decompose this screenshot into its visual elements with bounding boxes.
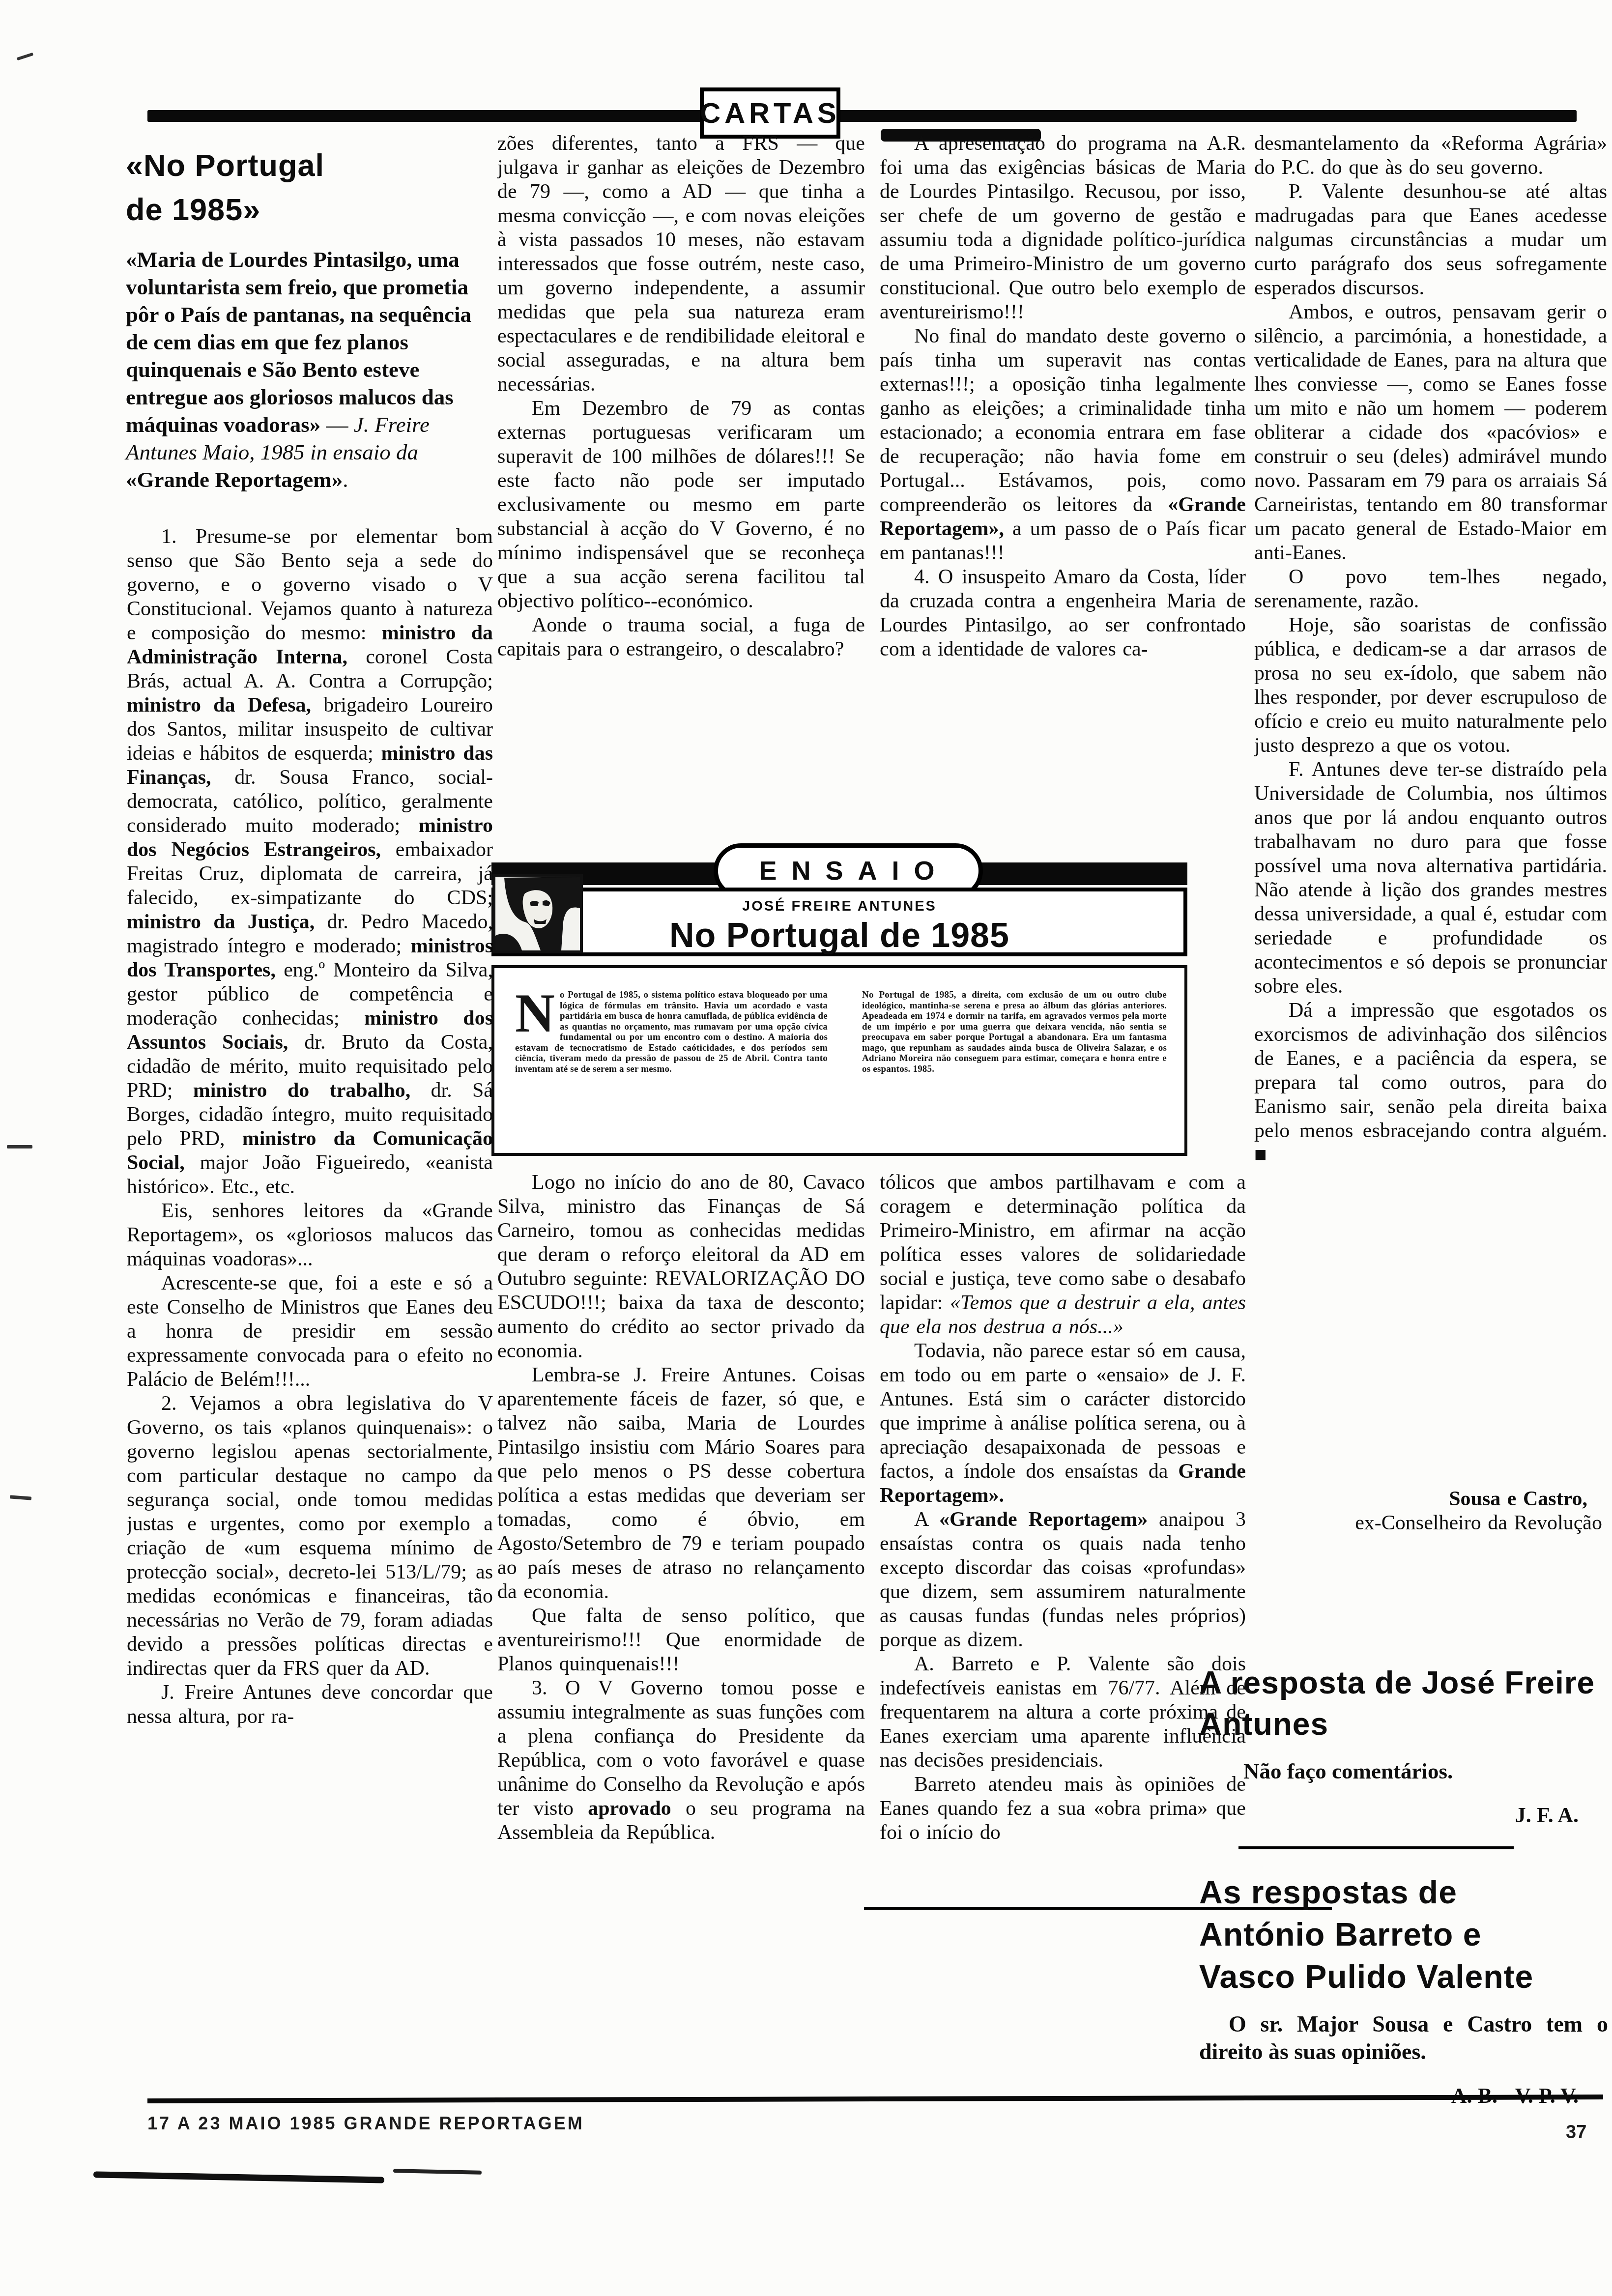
- paragraph: Barreto atendeu mais às opiniões de Eane…: [880, 1773, 1246, 1845]
- paragraph: Logo no início do ano de 80, Cavaco Silv…: [497, 1171, 865, 1363]
- section-banner-cartas: CARTAS: [700, 87, 840, 139]
- header-rule: [147, 110, 1577, 122]
- paragraph: Em Dezembro de 79 as contas externas por…: [497, 397, 865, 613]
- paragraph: Todavia, não parece estar só em causa, e…: [880, 1339, 1246, 1508]
- scan-smear: [393, 2169, 482, 2175]
- ensaio-ribbon-label: ENSAIO: [747, 856, 949, 886]
- ensaio-excerpt-box: No Portugal de 1985, o sistema político …: [491, 965, 1187, 1156]
- paragraph: No final do mandato deste governo o país…: [880, 324, 1246, 565]
- ensaio-excerpt-right: No Portugal de 1985, a direita, com excl…: [862, 990, 1167, 1074]
- paragraph: O povo tem-lhes negado, serenamente, raz…: [1254, 565, 1607, 613]
- paragraph: 1. Presume-se por elementar bom senso qu…: [127, 525, 493, 1199]
- paragraph: 2. Vejamos a obra legislativa do V Gover…: [127, 1392, 493, 1681]
- pen-mark: [17, 53, 33, 60]
- paragraph: Eis, senhores leitores da «Grande Report…: [127, 1199, 493, 1271]
- letter-column-2-bottom: Logo no início do ano de 80, Cavaco Silv…: [497, 1171, 865, 2095]
- paragraph: Hoje, são soaristas de confissão pública…: [1254, 613, 1607, 758]
- letter-column-3-top: A apresentação do programa na A.R. foi u…: [880, 132, 1246, 849]
- footer-page-number: 37: [1566, 2122, 1586, 2143]
- letter-column-2-top: zões diferentes, tanto a FRS — que julga…: [497, 132, 865, 859]
- reply1-body: Não faço comentários.: [1199, 1757, 1608, 1785]
- signature-name: Sousa e Castro,: [1254, 1487, 1607, 1511]
- excerpt-dropcap: N: [515, 992, 555, 1035]
- ensaio-byline: JOSÉ FREIRE ANTUNES: [495, 898, 1183, 915]
- paragraph: Acrescente-se que, foi a este e só a est…: [127, 1271, 493, 1392]
- letter-column-4: desmantelamento da «Reforma Agrária» do …: [1254, 132, 1607, 1636]
- letter-column-3-bottom: tólicos que ambos partilhavam e com a co…: [880, 1171, 1246, 1904]
- excerpt-right-text: No Portugal de 1985, a direita, com excl…: [862, 990, 1167, 1074]
- paragraph: P. Valente desunhou-se até altas madruga…: [1254, 180, 1607, 300]
- author-portrait-photo: [492, 874, 583, 953]
- section-banner-label: CARTAS: [700, 97, 840, 130]
- reply1-signature: J. F. A.: [1199, 1803, 1579, 1828]
- pen-mark: [7, 1145, 32, 1148]
- paragraph: F. Antunes deve ter-se distraído pela Un…: [1254, 758, 1607, 999]
- letter-signature: Sousa e Castro, ex-Conselheiro da Revolu…: [1254, 1487, 1607, 1595]
- paragraph: A apresentação do programa na A.R. foi u…: [880, 132, 1246, 324]
- paragraph: Lembra-se J. Freire Antunes. Coisas apar…: [497, 1363, 865, 1604]
- paragraph: J. Freire Antunes deve concordar que nes…: [127, 1681, 493, 1729]
- paragraph: A «Grande Reportagem» anaipou 3 ensaísta…: [880, 1508, 1246, 1652]
- paragraph: Que falta de senso político, que aventur…: [497, 1604, 865, 1676]
- reply2-title: As respostas de António Barreto e Vasco …: [1199, 1871, 1543, 1998]
- letter-intro: «Maria de Lourdes Pintasilgo, uma volunt…: [126, 246, 493, 493]
- letter-headline: «No Portugal de 1985»: [126, 143, 480, 232]
- replies-section: A resposta de José Freire Antunes Não fa…: [1199, 1662, 1608, 2108]
- reply2-body: O sr. Major Sousa e Castro tem o direito…: [1199, 2010, 1608, 2066]
- paragraph: zões diferentes, tanto a FRS — que julga…: [497, 132, 865, 397]
- scanned-newspaper-page: CARTAS «No Portugal de 1985» «Maria de L…: [0, 0, 1612, 2296]
- signature-role: ex-Conselheiro da Revolução: [1254, 1511, 1607, 1535]
- paragraph: 3. O V Governo tomou posse e assumiu int…: [497, 1676, 865, 1845]
- ensaio-excerpt-left: No Portugal de 1985, o sistema político …: [515, 990, 828, 1074]
- letter-column-1: 1. Presume-se por elementar bom senso qu…: [127, 525, 493, 2095]
- paragraph: Aonde o trauma social, a fuga de capitai…: [497, 613, 865, 661]
- portrait-illustration: [495, 877, 580, 950]
- scan-smear: [93, 2171, 384, 2183]
- pen-mark: [10, 1495, 31, 1500]
- paragraph: Ambos, e outros, pensavam gerir o silênc…: [1254, 300, 1607, 565]
- paragraph: 4. O insuspeito Amaro da Costa, líder da…: [880, 565, 1246, 661]
- paragraph: desmantelamento da «Reforma Agrária» do …: [1254, 132, 1607, 180]
- excerpt-left-text: o Portugal de 1985, o sistema político e…: [515, 990, 828, 1074]
- reply-divider-rule: [1238, 1846, 1514, 1849]
- paragraph: Dá a impressão que esgotados os exorcism…: [1254, 999, 1607, 1167]
- footer-issue-info: 17 A 23 MAIO 1985 GRANDE REPORTAGEM: [147, 2113, 584, 2134]
- paragraph: tólicos que ambos partilhavam e com a co…: [880, 1171, 1246, 1339]
- reply1-title: A resposta de José Freire Antunes: [1199, 1662, 1608, 1745]
- paragraph: A. Barreto e P. Valente são dois indefec…: [880, 1652, 1246, 1773]
- ensaio-title-box: JOSÉ FREIRE ANTUNES No Portugal de 1985: [491, 888, 1187, 956]
- ensaio-title: No Portugal de 1985: [495, 916, 1183, 955]
